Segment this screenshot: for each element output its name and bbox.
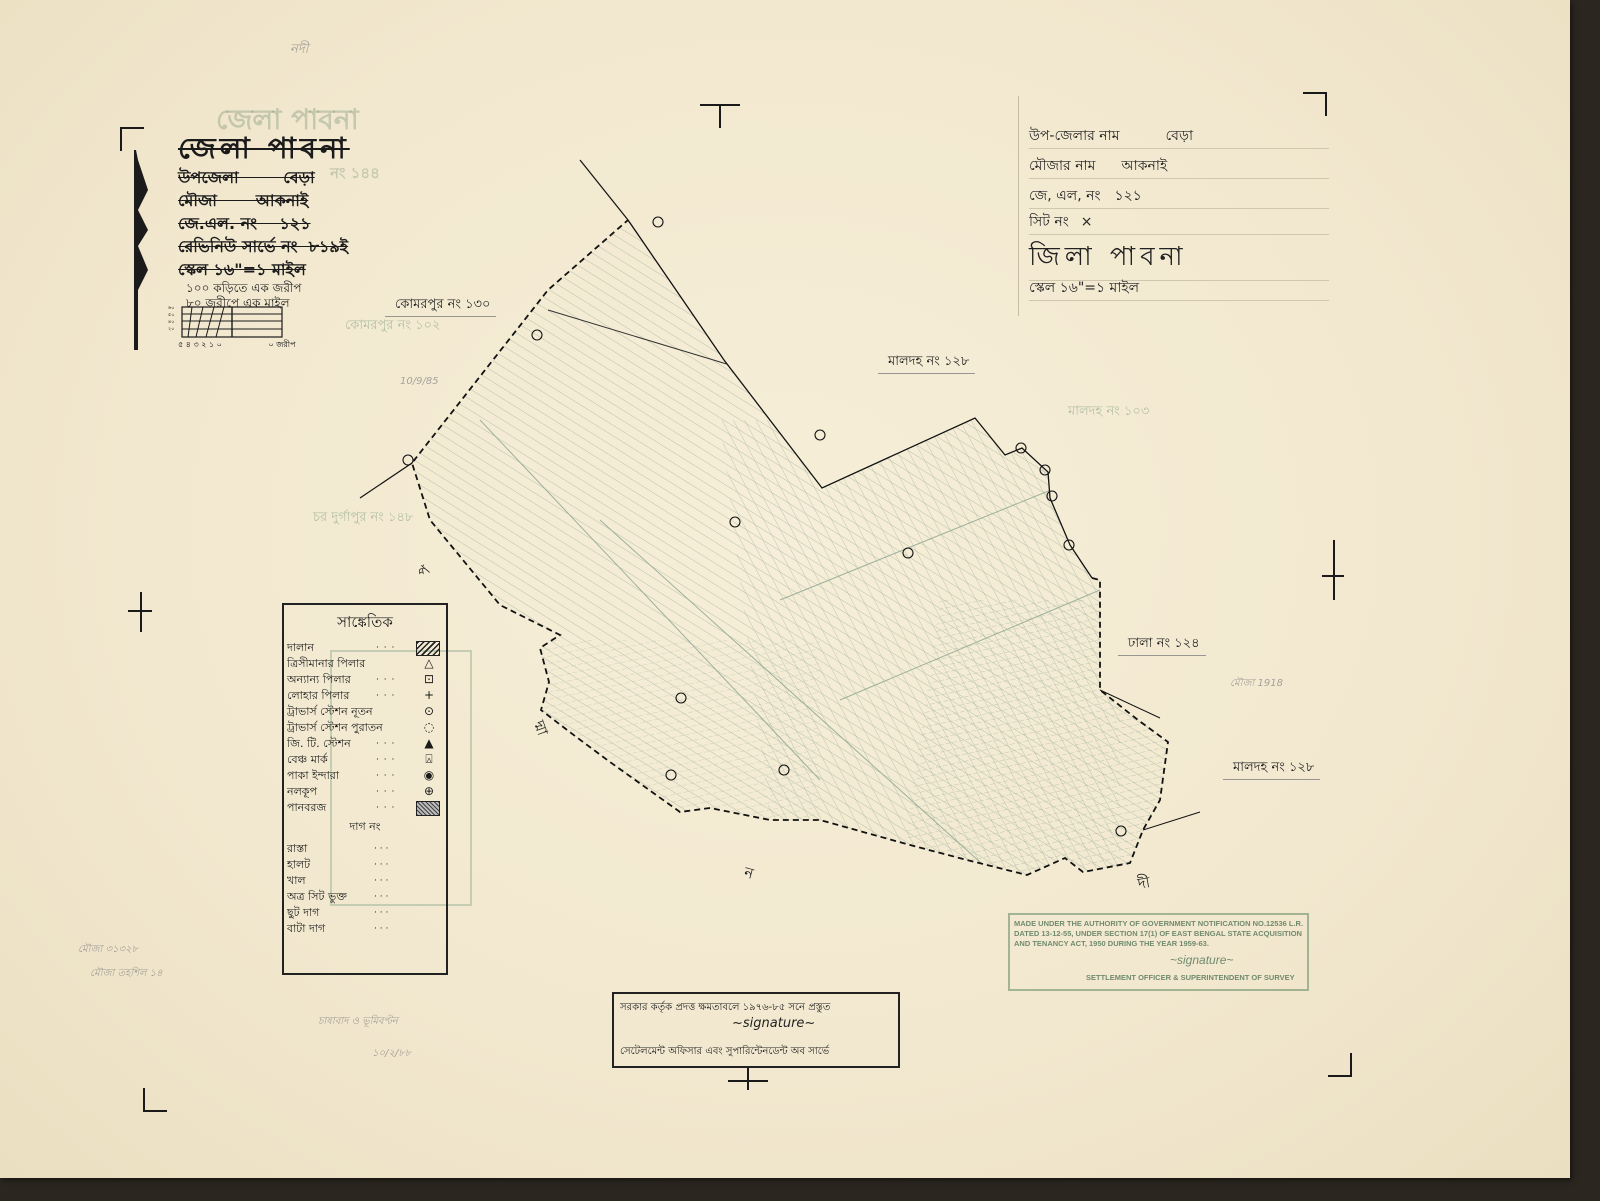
legend-label: বাটা দাগ — [287, 922, 325, 935]
legend-label: ট্রাভার্স স্টেশন নূতন — [287, 705, 373, 718]
square-pillar-icon: ⊡ — [418, 673, 440, 686]
legend-label: ত্রিসীমানার পিলার — [287, 657, 365, 670]
betel-garden-icon — [416, 801, 440, 816]
legend-label: দালান — [287, 641, 314, 654]
legend-label: অত্র সিট ভুক্ত — [287, 890, 347, 903]
legend-label: খাল — [287, 874, 306, 887]
legend-label: অন্যান্য পিলার — [287, 673, 351, 686]
legend-item-traverse-new: ট্রাভার্স স্টেশন নূতন⊙ — [284, 704, 446, 720]
legend-dots: · · · — [374, 841, 388, 857]
legend-item-bench-mark: বেঞ্চ মার্ক· · ·⍓ — [284, 752, 446, 768]
certificate-line-2: সেটেলমেন্ট অফিসার এবং সুপারিন্টেনডেন্ট অ… — [620, 1044, 829, 1061]
neighbor-ghost-char-durgapur: চর দুর্গাপুর নং ১৪৮ — [313, 508, 413, 529]
circle-dot-station-icon: ⊙ — [418, 705, 440, 718]
tubewell-icon: ⊕ — [418, 785, 440, 798]
legend-item-other-pillar: অন্যান্য পিলার· · ·⊡ — [284, 672, 446, 688]
legend-item-tubewell: নলকূপ· · ·⊕ — [284, 784, 446, 800]
legend-dots: · · · — [376, 800, 395, 816]
certificate-line-1: সরকার কর্তৃক প্রদত্ত ক্ষমতাবলে ১৯৭৬-৮৫ স… — [620, 1000, 830, 1017]
pencil-note-bl-1: মৌজা ৩১৩২৮ — [78, 942, 138, 959]
legend-label: রাস্তা — [287, 842, 307, 855]
english-certificate-stamp: MADE UNDER THE AUTHORITY OF GOVERNMENT N… — [1008, 913, 1309, 991]
cadastral-map-sheet: জেলা পাবনা নং ১৪৪ জেলা পাবনা উপজেলা বেড়… — [0, 0, 1570, 1178]
neighbor-label-komarpur: কোমরপুর নং ১৩০ — [385, 295, 496, 317]
legend-row-split-plot: বাটা দাগ· · · — [284, 921, 446, 937]
legend-label: ছুট দাগ — [287, 906, 319, 919]
neighbor-label-dhala: ঢালা নং ১২৪ — [1118, 634, 1206, 656]
legend-label: বেঞ্চ মার্ক — [287, 753, 328, 766]
legend-row-road: রাস্তা· · · — [284, 841, 446, 857]
legend-dots: · · · — [374, 921, 388, 937]
neighbor-ghost-komarpur: কোমরপুর নং ১০২ — [345, 316, 440, 337]
legend-row-canal: খাল· · · — [284, 873, 446, 889]
legend-label: ট্রাভার্স স্টেশন পুরাতন — [287, 721, 383, 734]
pencil-note-mid-date: ১০/২/৮৮ — [372, 1046, 411, 1063]
legend-dots: · · · — [376, 688, 395, 704]
pencil-note-mid: চাষাবাদ ও ভূমিবণ্টন — [318, 1014, 398, 1031]
legend-item-iron-pillar: লোহার পিলার· · ·+ — [284, 688, 446, 704]
plus-pillar-icon: + — [418, 689, 440, 702]
legend-dots: · · · — [376, 640, 395, 656]
bengali-certificate-box: সরকার কর্তৃক প্রদত্ত ক্ষমতাবলে ১৯৭৬-৮৫ স… — [612, 992, 900, 1068]
legend-item-building: দালান· · · — [284, 640, 446, 656]
legend-item-traverse-old: ট্রাভার্স স্টেশন পুরাতন◌ — [284, 720, 446, 736]
hatched-building-icon — [416, 641, 440, 656]
officer-title: SETTLEMENT OFFICER & SUPERINTENDENT OF S… — [1086, 973, 1295, 982]
legend-item-betel-garden: পানবরজ· · · — [284, 800, 446, 816]
pencil-note-top: নদী — [290, 40, 308, 61]
legend-dots: · · · — [376, 752, 395, 768]
legend-label: জি. টি. স্টেশন — [287, 737, 351, 750]
legend-label: পানবরজ — [287, 801, 326, 814]
legend-item-gt-station: জি. টি. স্টেশন· · ·▲ — [284, 736, 446, 752]
legend-dots: · · · — [374, 889, 388, 905]
legend-label: নলকূপ — [287, 785, 317, 798]
dashed-circle-station-icon: ◌ — [418, 721, 440, 734]
pencil-note-right: মৌজা 1918 — [1230, 676, 1283, 693]
neighbor-label-maldah-north: মালদহ নং ১২৮ — [878, 352, 975, 374]
triangle-pillar-icon: △ — [418, 657, 440, 670]
legend-dots: · · · — [376, 672, 395, 688]
pencil-note-bl-2: মৌজা তহশিল ১৪ — [90, 966, 163, 983]
legend-item-tri-junction-pillar: ত্রিসীমানার পিলার△ — [284, 656, 446, 672]
legend-title: সাঙ্কেতিক — [284, 611, 446, 636]
legend-row-halot: হালট· · · — [284, 857, 446, 873]
pencil-note-date: 10/9/85 — [400, 376, 439, 387]
pucca-well-icon: ◉ — [418, 769, 440, 782]
bench-mark-icon: ⍓ — [418, 753, 440, 766]
legend-row-omitted-plot: ছুট দাগ· · · — [284, 905, 446, 921]
gt-station-icon: ▲ — [418, 737, 440, 750]
legend-label: পাকা ইন্দারা — [287, 769, 339, 782]
map-legend: সাঙ্কেতিক দালান· · · ত্রিসীমানার পিলার△ … — [282, 603, 448, 975]
legend-label: লোহার পিলার — [287, 689, 349, 702]
legend-dots: · · · — [374, 905, 388, 921]
legend-dots: · · · — [376, 784, 395, 800]
legend-item-pucca-well: পাকা ইন্দারা· · ·◉ — [284, 768, 446, 784]
stamp-signature: ~signature~ — [1170, 953, 1233, 967]
neighbor-ghost-maldah: মালদহ নং ১০৩ — [1068, 402, 1149, 423]
legend-subheading-plot-no: দাগ নং — [284, 818, 446, 837]
certificate-text: MADE UNDER THE AUTHORITY OF GOVERNMENT N… — [1014, 919, 1304, 949]
legend-row-this-sheet: অত্র সিট ভুক্ত· · · — [284, 889, 446, 905]
legend-dots: · · · — [376, 736, 395, 752]
signature: ~signature~ — [732, 1016, 815, 1031]
neighbor-label-maldah-south: মালদহ নং ১২৮ — [1223, 758, 1320, 780]
legend-label: হালট — [287, 858, 310, 871]
legend-dots: · · · — [374, 857, 388, 873]
parcel-lines — [400, 200, 1200, 900]
legend-dots: · · · — [376, 768, 395, 784]
legend-dots: · · · — [374, 873, 388, 889]
